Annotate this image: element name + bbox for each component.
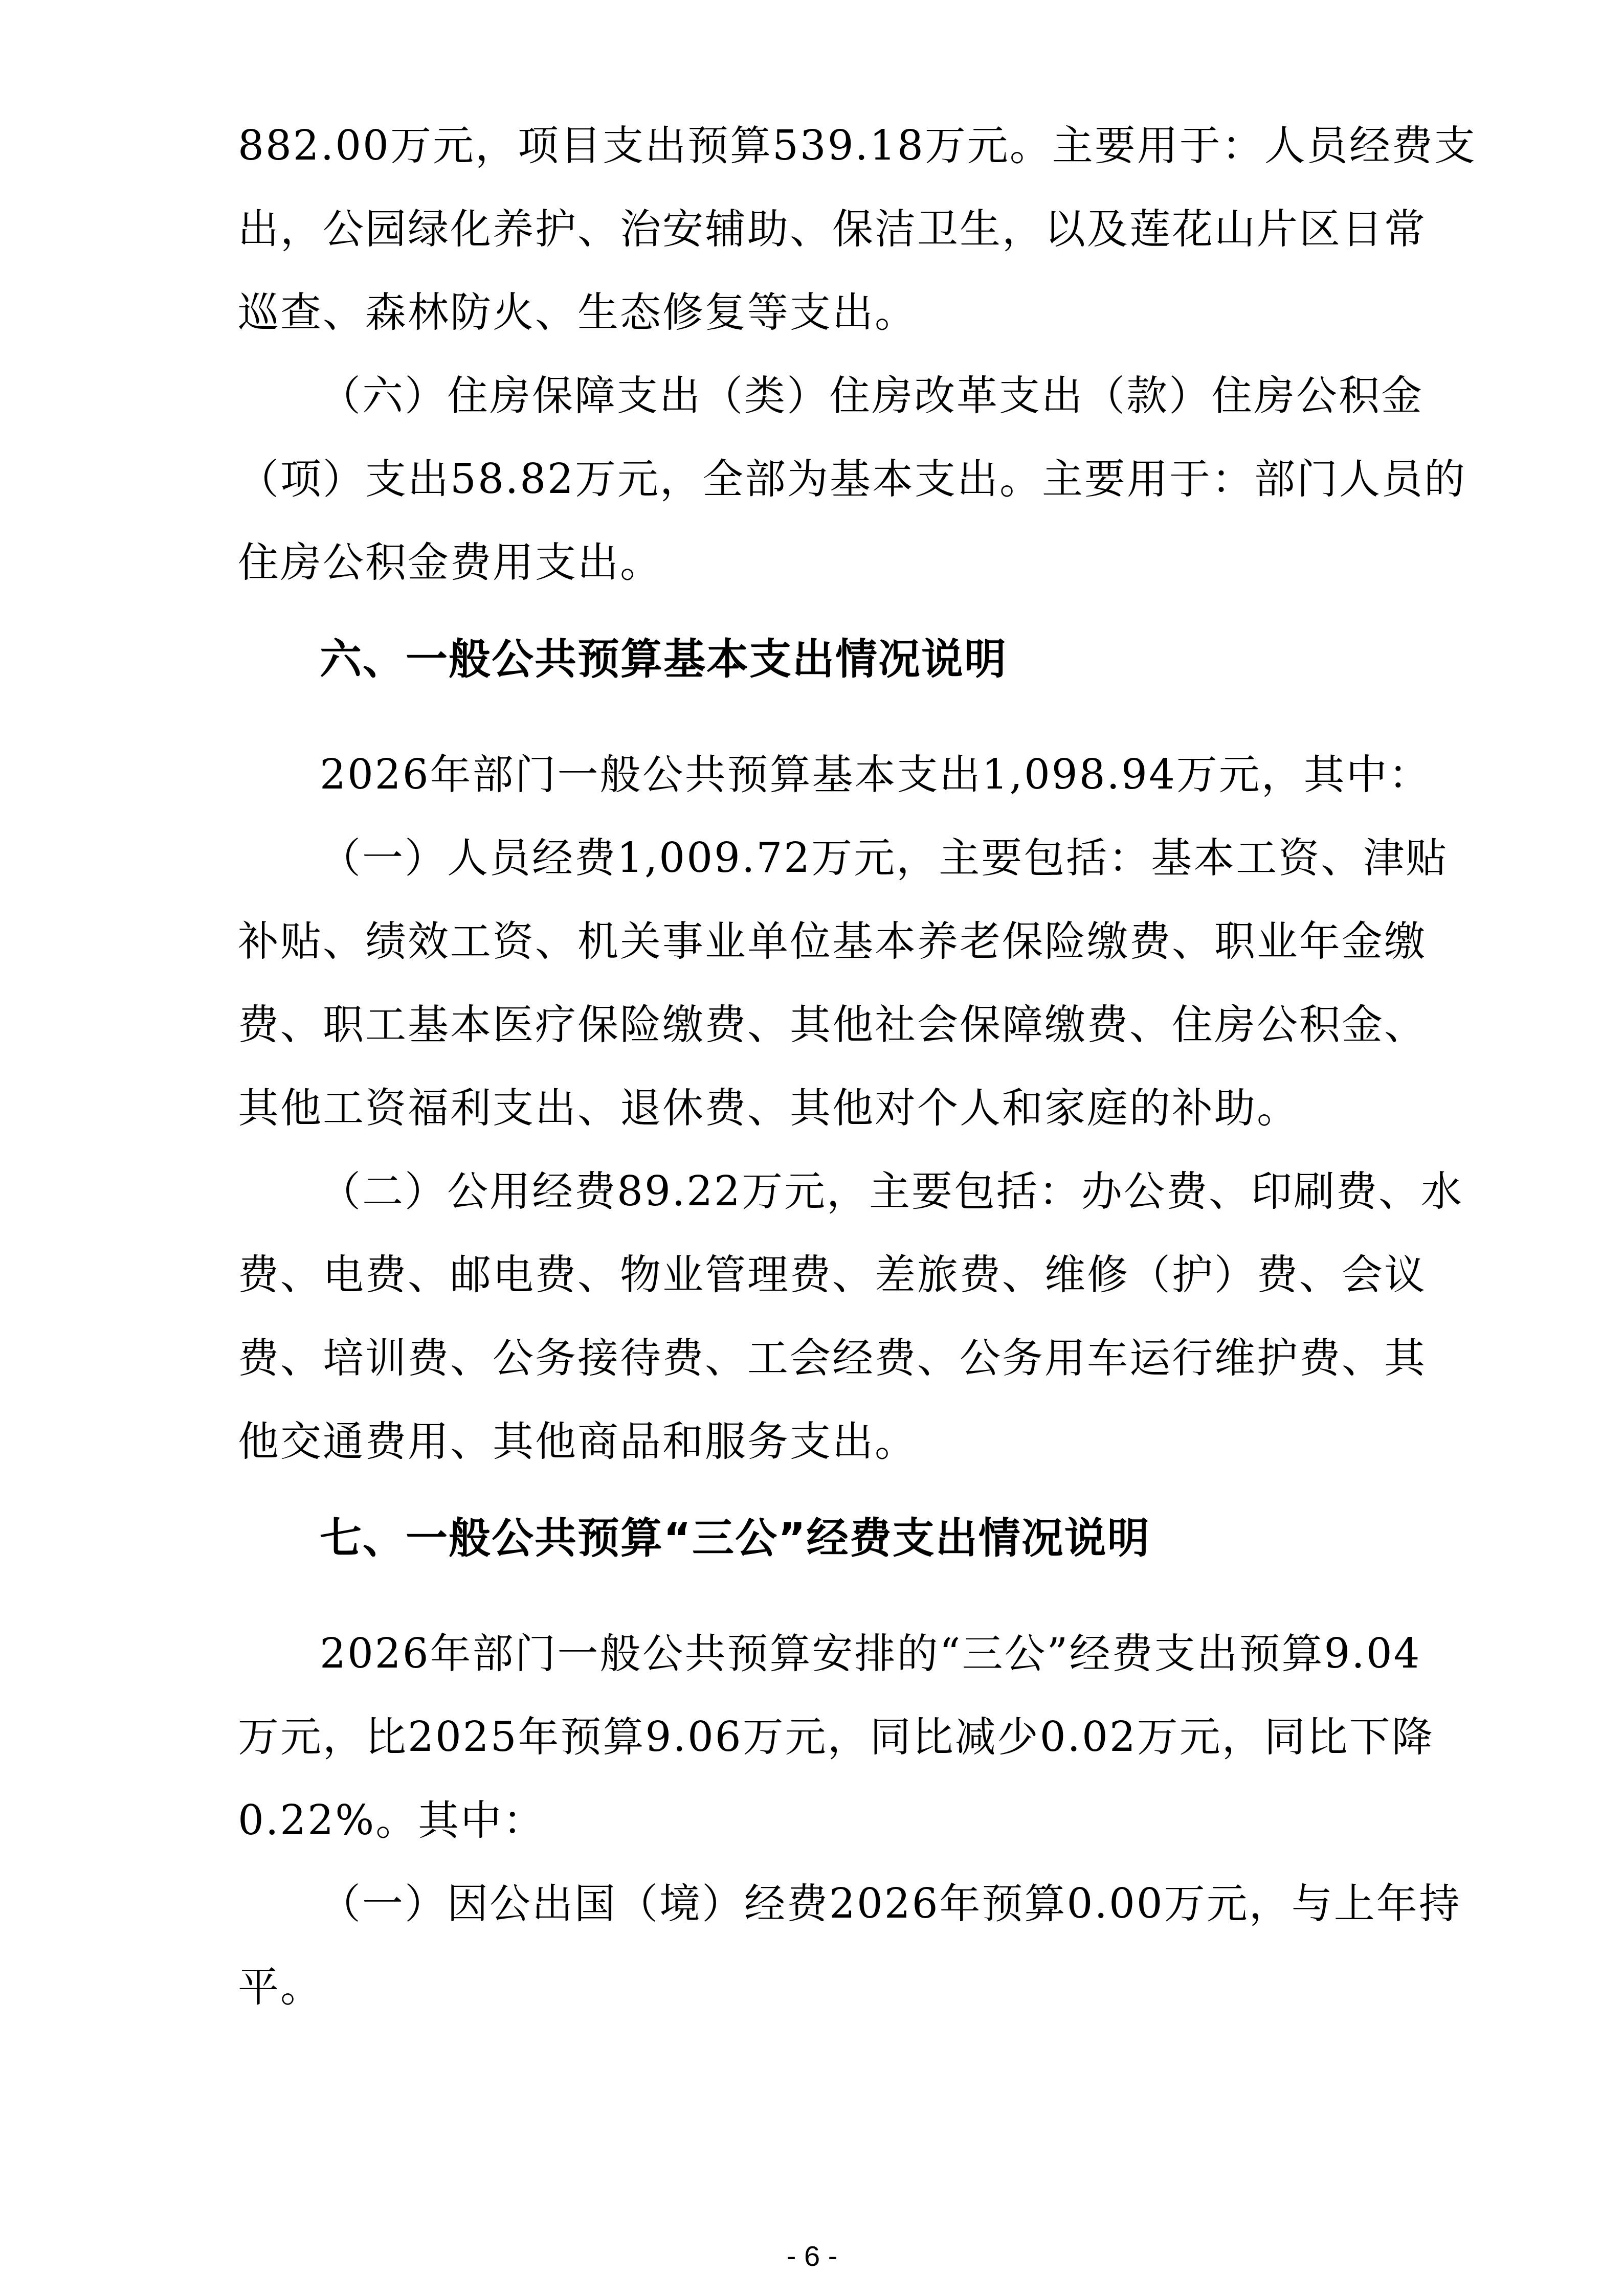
paragraph-line: 费、电费、邮电费、物业管理费、差旅费、维修（护）费、会议 [238,1244,1389,1305]
paragraph-line: 万元，比2025年预算9.06万元，同比减少0.02万元，同比下降 [238,1706,1389,1768]
document-page: 882.00万元，项目支出预算539.18万元。主要用于：人员经费支 出，公园绿… [0,0,1624,2296]
paragraph-line: 平。 [238,1956,1389,2018]
paragraph-line: （一）因公出国（境）经费2026年预算0.00万元，与上年持 [320,1873,1389,1934]
paragraph-line: 住房公积金费用支出。 [238,532,1389,593]
paragraph-line: （二）公用经费89.22万元，主要包括：办公费、印刷费、水 [320,1161,1389,1222]
paragraph-line: 费、职工基本医疗保险缴费、其他社会保障缴费、住房公积金、 [238,994,1389,1055]
section-heading: 七、一般公共预算“三公”经费支出情况说明 [320,1505,1150,1572]
paragraph-line: 其他工资福利支出、退休费、其他对个人和家庭的补助。 [238,1077,1389,1139]
page-number: - 6 - [0,2236,1624,2277]
paragraph-line: 2026年部门一般公共预算安排的“三公”经费支出预算9.04 [320,1623,1389,1684]
section-heading: 六、一般公共预算基本支出情况说明 [320,626,1007,693]
paragraph-line: 0.22%。其中： [238,1790,1389,1851]
paragraph-line: （项）支出58.82万元，全部为基本支出。主要用于：部门人员的 [238,448,1389,510]
paragraph-line: （一）人员经费1,009.72万元，主要包括：基本工资、津贴 [320,827,1389,889]
paragraph-line: 他交通费用、其他商品和服务支出。 [238,1411,1389,1472]
paragraph-line: 巡查、森林防火、生态修复等支出。 [238,282,1389,343]
paragraph-line: （六）住房保障支出（类）住房改革支出（款）住房公积金 [320,365,1389,426]
paragraph-line: 出，公园绿化养护、治安辅助、保洁卫生，以及莲花山片区日常 [238,198,1389,260]
paragraph-line: 补贴、绩效工资、机关事业单位基本养老保险缴费、职业年金缴 [238,911,1389,972]
paragraph-line: 882.00万元，项目支出预算539.18万元。主要用于：人员经费支 [238,115,1389,176]
paragraph-line: 费、培训费、公务接待费、工会经费、公务用车运行维护费、其 [238,1327,1389,1389]
paragraph-line: 2026年部门一般公共预算基本支出1,098.94万元，其中： [320,744,1389,805]
